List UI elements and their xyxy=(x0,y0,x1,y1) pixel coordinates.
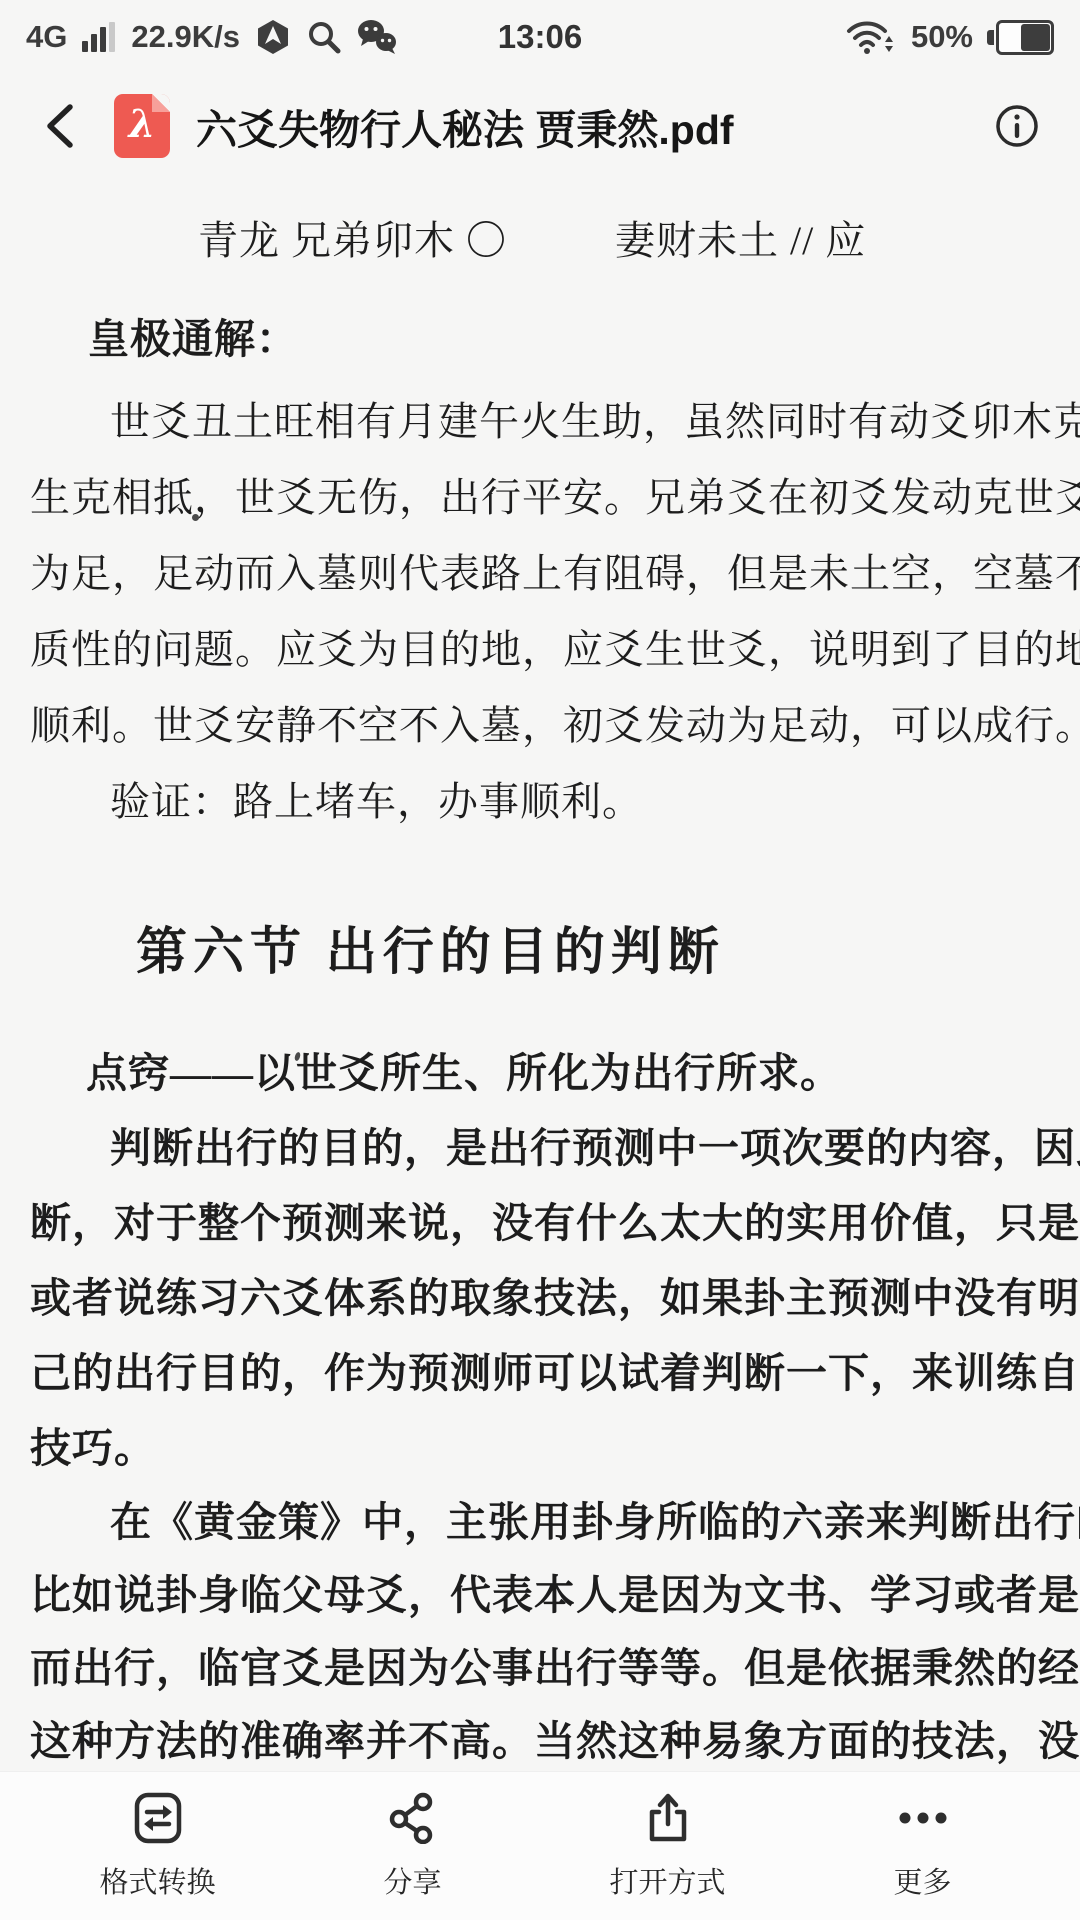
doc-line: 这种方法的准确率并不高。当然这种易象方面的技法，没有太强 xyxy=(30,1705,1050,1778)
doc-line: 判断出行的目的，是出行预测中一项次要的内容，因此这项 xyxy=(30,1111,1050,1186)
paragraph-4: 判断出行的目的，是出行预测中一项次要的内容，因此这项 断，对于整个预测来说，没有… xyxy=(30,1111,1050,1486)
more-icon xyxy=(891,1792,955,1844)
wechat-icon xyxy=(356,19,398,55)
doc-line: 比如说卦身临父母爻，代表本人是因为文书、学习或者是父母长 xyxy=(30,1559,1050,1632)
app-header: λ 六爻失物行人秘法 贾秉然.pdf xyxy=(0,68,1080,184)
toolbar-label: 打开方式 xyxy=(609,1860,725,1901)
open-with-icon xyxy=(642,1792,694,1844)
network-speed-label: 22.9K/s xyxy=(131,19,240,55)
convert-icon xyxy=(132,1792,184,1844)
bottom-toolbar: 格式转换 分享 打开方式 xyxy=(0,1771,1080,1920)
wifi-icon xyxy=(845,18,897,56)
toolbar-label: 更多 xyxy=(893,1860,951,1901)
share-button[interactable]: 分享 xyxy=(338,1792,488,1901)
scan-speck xyxy=(192,514,199,521)
status-left-group: 4G 22.9K/s xyxy=(26,18,398,56)
doc-line: 断，对于整个预测来说，没有什么太大的实用价值，只是为了检 xyxy=(30,1186,1050,1261)
back-button[interactable] xyxy=(34,94,84,158)
network-type-label: 4G xyxy=(26,19,67,55)
doc-line: 而出行，临官爻是因为公事出行等等。但是依据秉然的经验来看 xyxy=(30,1632,1050,1705)
doc-line: 世爻丑土旺相有月建午火生助，虽然同时有动爻卯木克制， xyxy=(30,384,1050,460)
section-heading-chapter6: 第六节 出行的目的判断 xyxy=(30,920,1050,986)
format-convert-button[interactable]: 格式转换 xyxy=(83,1792,233,1901)
pdf-file-icon: λ xyxy=(114,94,170,158)
doc-line: 在《黄金策》中，主张用卦身所临的六亲来判断出行的目的 xyxy=(30,1486,1050,1559)
battery-percent-label: 50% xyxy=(911,19,973,55)
open-with-button[interactable]: 打开方式 xyxy=(593,1792,743,1901)
document-title: 六爻失物行人秘法 贾秉然.pdf xyxy=(196,97,968,156)
doc-line: 生克相抵，世爻无伤，出行平安。兄弟爻在初爻发动克世爻，初 xyxy=(30,460,1050,536)
toolbar-label: 格式转换 xyxy=(99,1860,215,1901)
signal-bars-icon xyxy=(81,21,117,53)
paragraph-2: 验证：路上堵车，办事顺利。 xyxy=(30,764,1050,840)
pdf-page-view[interactable]: 青龙 兄弟卯木 〇 妻财未土 // 应 皇极通解： 世爻丑土旺相有月建午火生助，… xyxy=(0,184,1080,1778)
search-icon xyxy=(306,19,342,55)
hexagram-line-left: 青龙 兄弟卯木 〇 xyxy=(198,209,507,266)
hexagram-line: 青龙 兄弟卯木 〇 妻财未土 // 应 xyxy=(30,198,1050,276)
doc-line: 顺利。世爻安静不空不入墓，初爻发动为足动，可以成行。 xyxy=(30,688,1050,764)
paragraph-5: 在《黄金策》中，主张用卦身所临的六亲来判断出行的目的 比如说卦身临父母爻，代表本… xyxy=(30,1486,1050,1778)
section-heading-huangji: 皇极通解： xyxy=(30,300,1050,378)
doc-line: 技巧。 xyxy=(30,1411,1050,1486)
doc-line: 己的出行目的，作为预测师可以试着判断一下，来训练自己的取 xyxy=(30,1336,1050,1411)
doc-line: 质性的问题。应爻为目的地，应爻生世爻，说明到了目的地后办 xyxy=(30,612,1050,688)
paragraph-3: 点窍——以世爻所生、所化为出行所求。 xyxy=(30,1036,1050,1111)
more-button[interactable]: 更多 xyxy=(848,1792,998,1901)
status-bar: 4G 22.9K/s xyxy=(0,0,1080,68)
toolbar-label: 分享 xyxy=(383,1860,441,1901)
info-button[interactable] xyxy=(988,97,1046,155)
share-icon xyxy=(387,1792,439,1844)
hexagram-line-right: 妻财未土 // 应 xyxy=(615,209,866,266)
doc-line: 为足，足动而入墓则代表路上有阻碍，但是未土空，空墓不会有 xyxy=(30,536,1050,612)
paragraph-1: 世爻丑土旺相有月建午火生助，虽然同时有动爻卯木克制， 生克相抵，世爻无伤，出行平… xyxy=(30,384,1050,764)
hexagon-badge-icon xyxy=(254,18,292,56)
doc-line: 或者说练习六爻体系的取象技法，如果卦主预测中没有明确说明 xyxy=(30,1261,1050,1336)
battery-icon xyxy=(987,20,1054,55)
status-right-group: 50% xyxy=(845,18,1054,56)
